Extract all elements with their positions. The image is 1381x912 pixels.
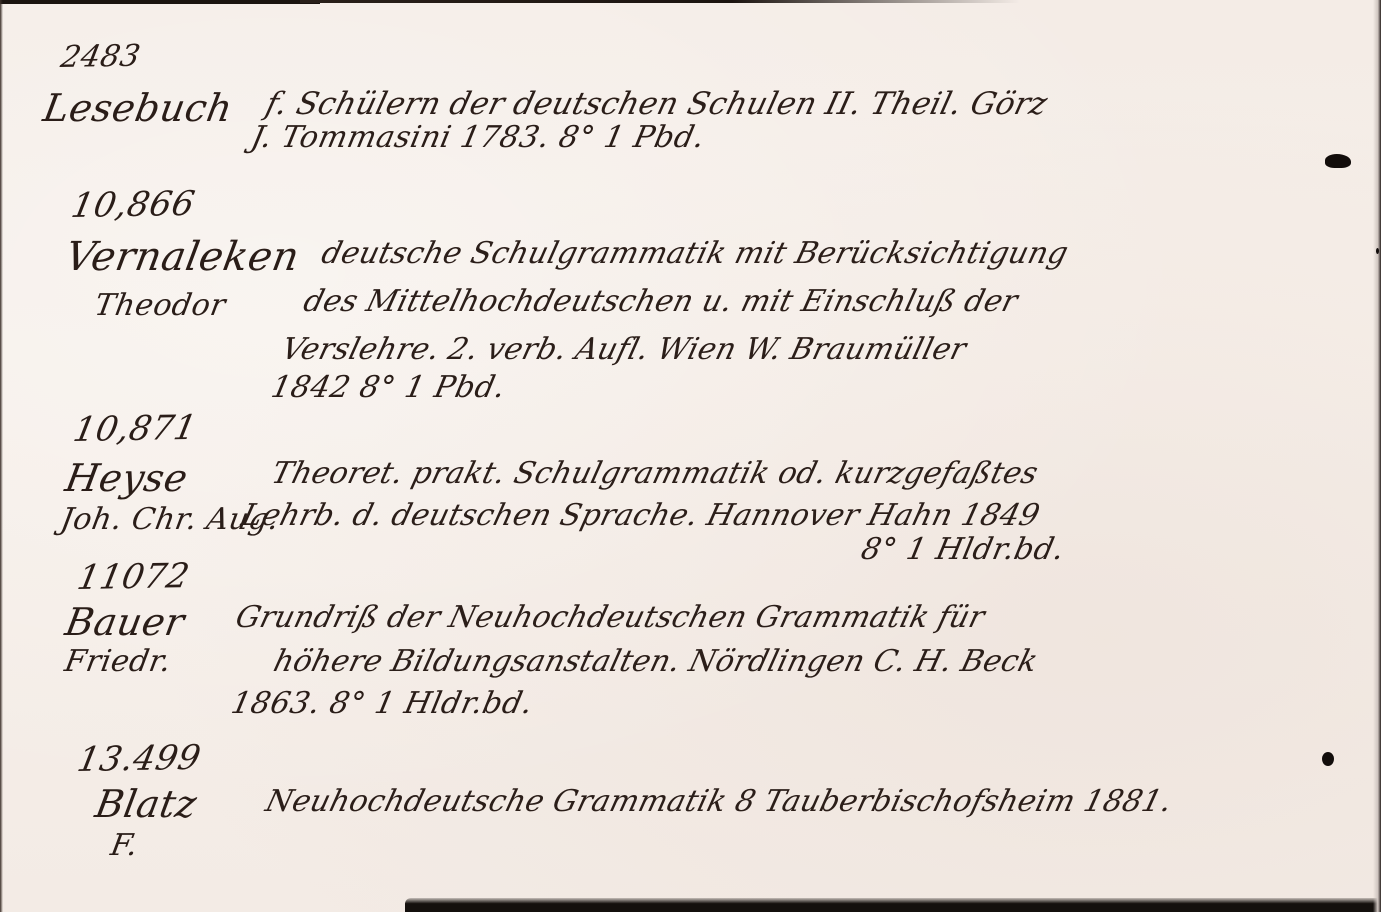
entry-author: Blatz — [92, 782, 200, 826]
catalog-entry: 13.499 Blatz F. Neuhochdeutsche Grammati… — [0, 0, 1381, 912]
entry-title-line: Neuhochdeutsche Grammatik 8 Tauberbischo… — [262, 784, 1176, 819]
accession-number: 13.499 — [74, 738, 204, 780]
catalog-card: 2483 Lesebuch f. Schülern der deutschen … — [0, 0, 1381, 912]
entry-given-name: F. — [108, 828, 141, 863]
